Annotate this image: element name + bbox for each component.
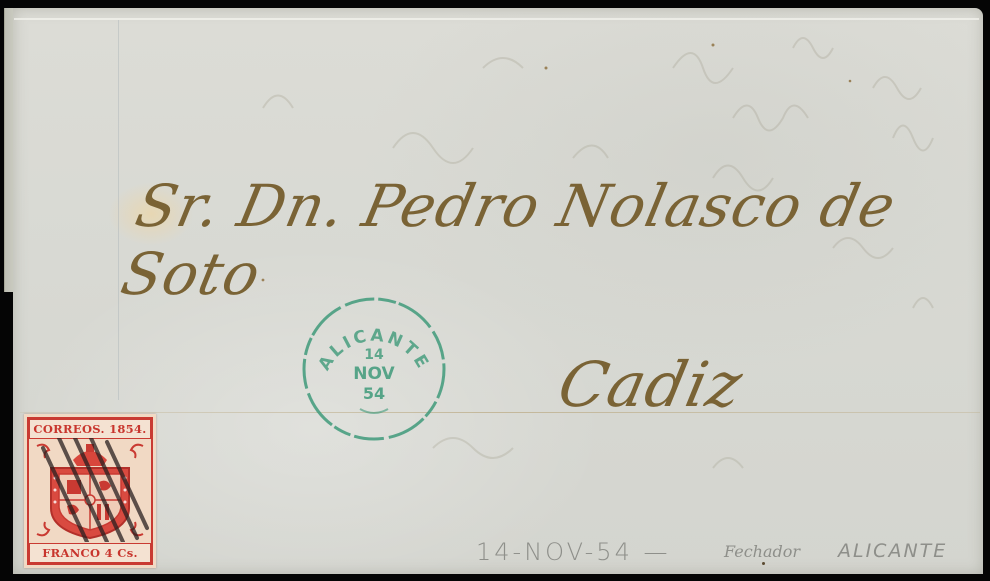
stamp-bottom-inscription: FRANCO 4 Cs. bbox=[29, 543, 151, 563]
stamp-top-inscription: CORREOS. 1854. bbox=[29, 419, 151, 439]
postmark-year: 54 bbox=[363, 384, 385, 403]
postmark-month: NOV bbox=[353, 364, 395, 384]
horizontal-fold-crease bbox=[20, 412, 980, 413]
coat-of-arms-icon bbox=[29, 438, 151, 542]
top-fold-crease bbox=[14, 18, 979, 20]
ink-speck bbox=[762, 562, 765, 565]
postmark-circular-datestamp: ALICANTE 14 NOV 54 bbox=[298, 293, 450, 445]
vertical-fold-crease bbox=[118, 20, 119, 400]
postage-stamp: CORREOS. 1854. FRANC bbox=[24, 414, 156, 568]
pencil-town-note: ALICANTE bbox=[838, 540, 947, 562]
destination-city: Cadiz bbox=[552, 348, 749, 421]
addressee-line: Sr. Dn. Pedro Nolasco de Soto bbox=[116, 172, 990, 308]
postmark-day: 14 bbox=[364, 347, 384, 363]
pencil-fechador-note: Fechador bbox=[724, 542, 800, 561]
pencil-date-note: 14-NOV-54 — bbox=[476, 538, 670, 566]
